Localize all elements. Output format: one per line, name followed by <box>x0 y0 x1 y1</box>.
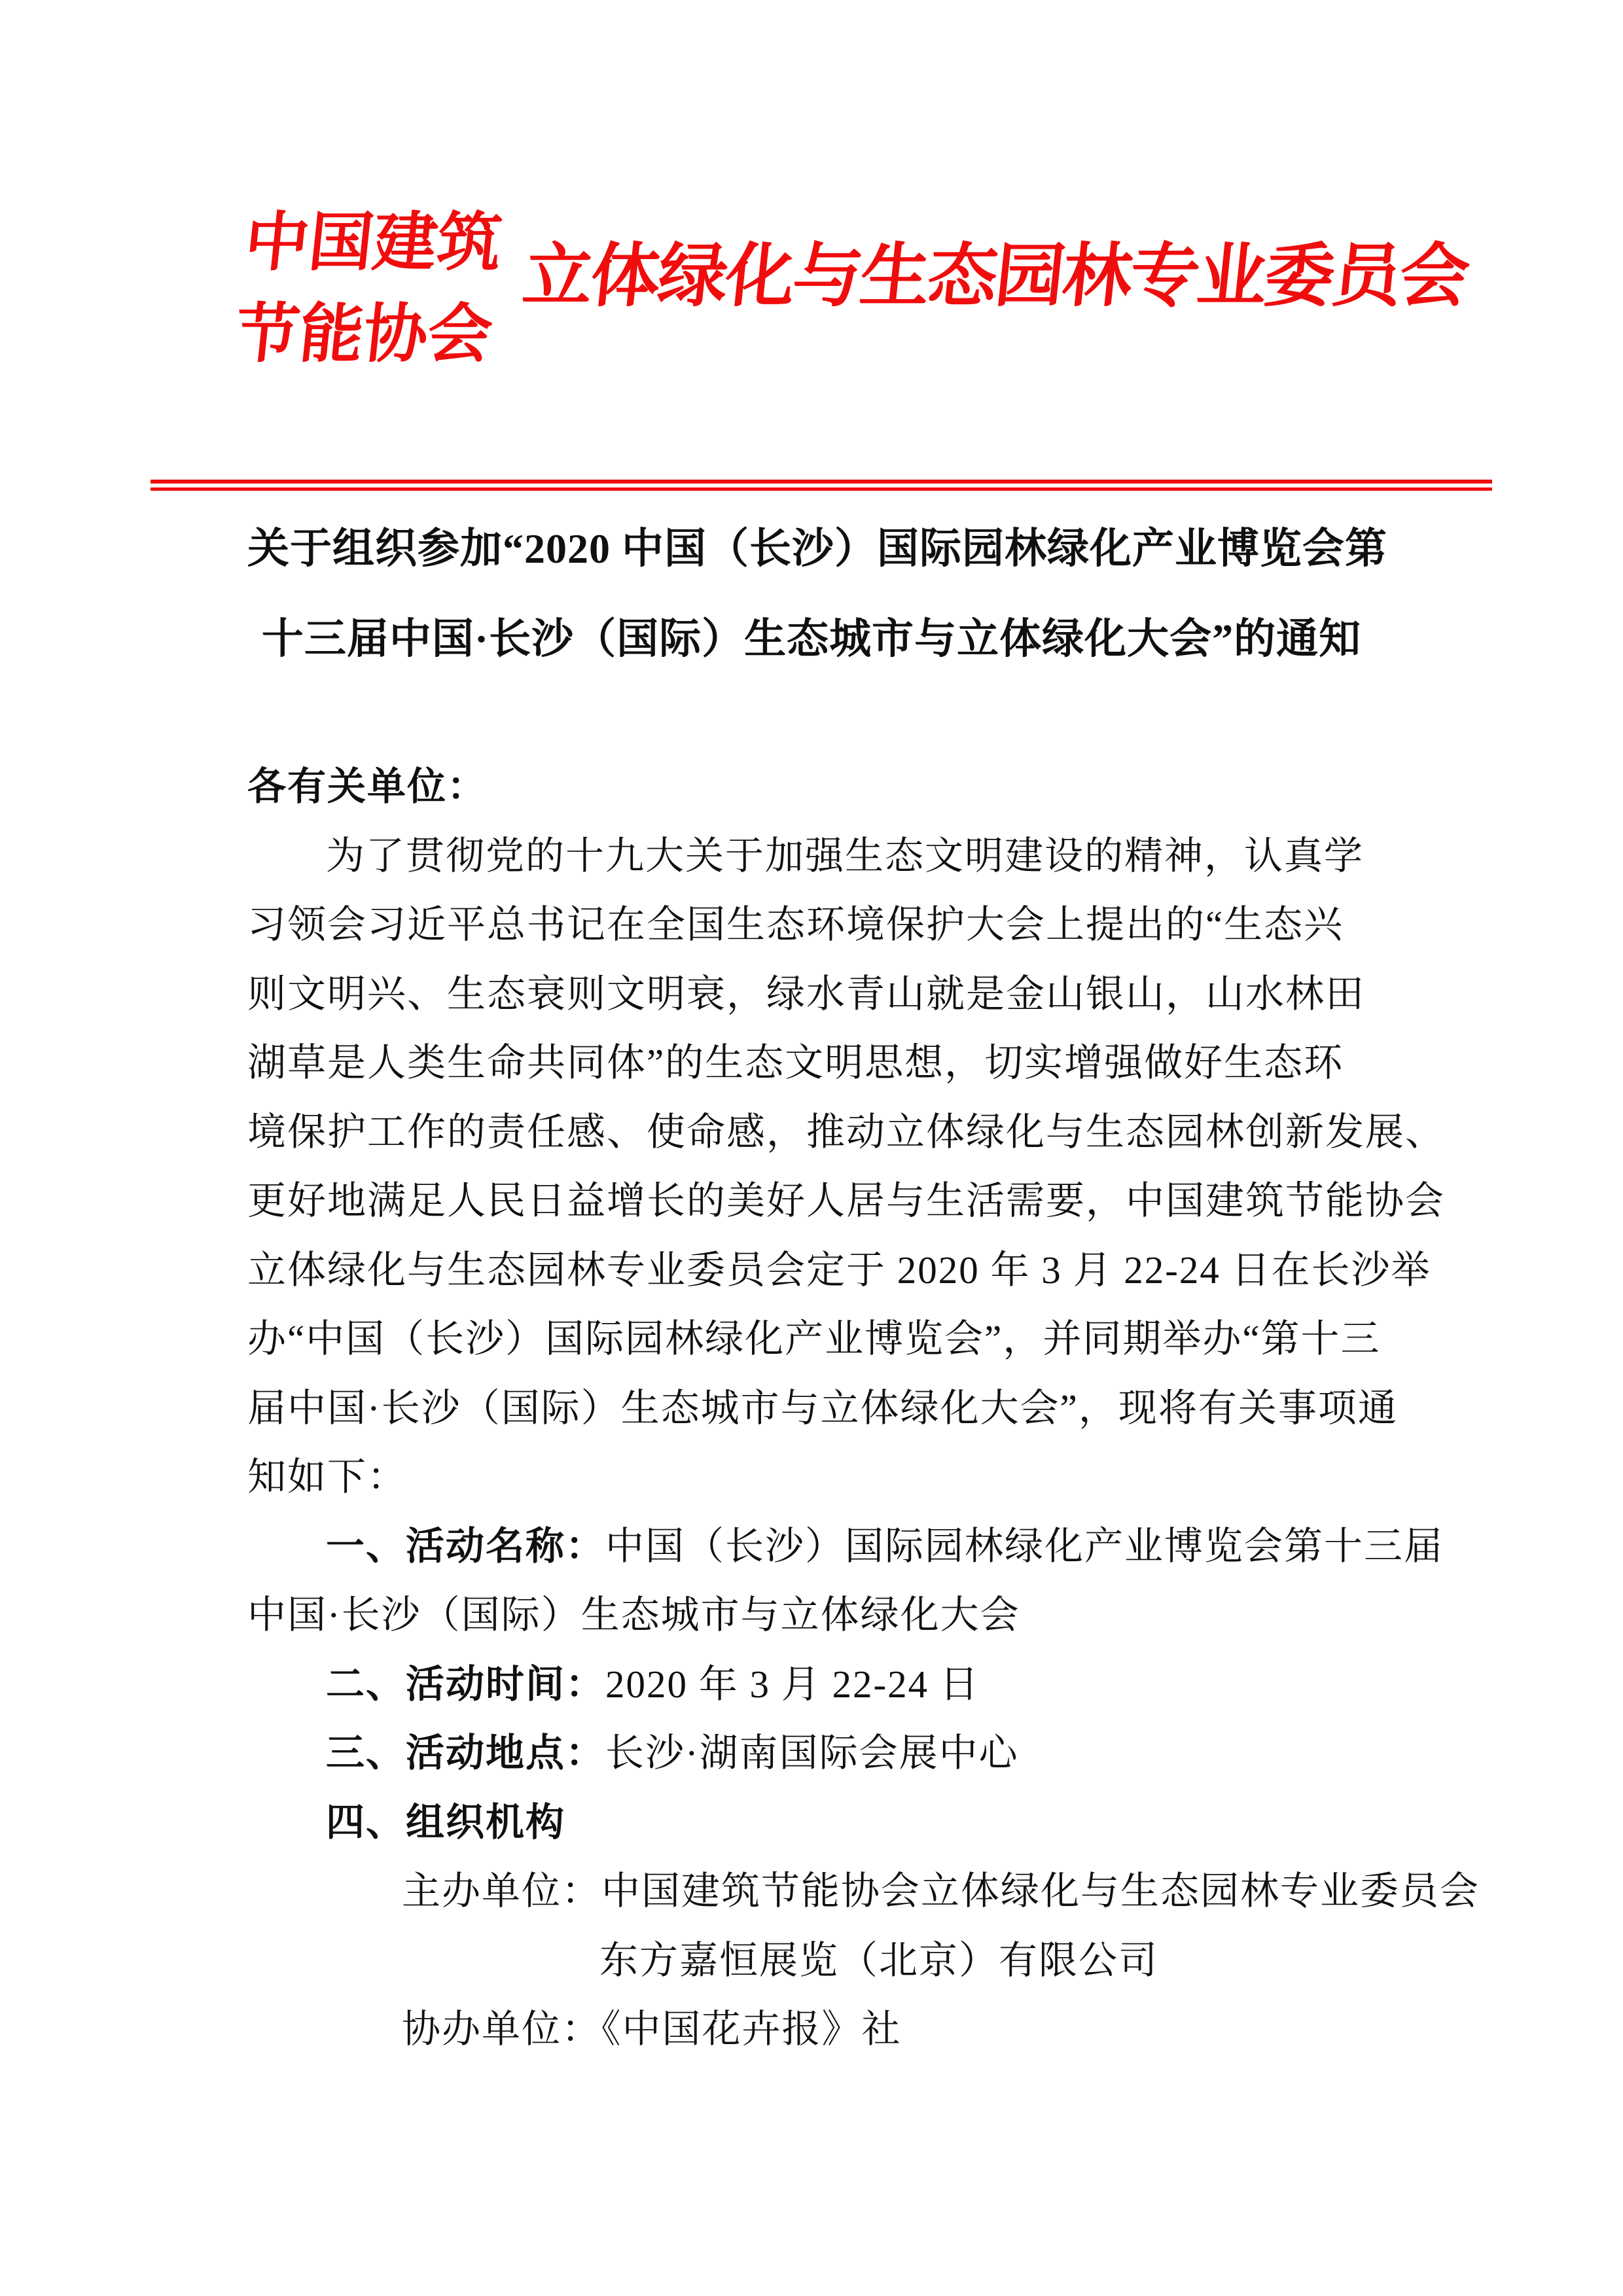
body-line-text: 协办单位：《中国花卉报》社 <box>402 2007 902 2051</box>
body-line: 协办单位：《中国花卉报》社 <box>247 1995 1380 2064</box>
notice-title-line1: 关于组织参加“2020 中国（长沙）国际园林绿化产业博览会第 <box>247 504 1376 594</box>
body-line-text: 知如下： <box>247 1455 407 1498</box>
committee-name-heading: 立体绿化与生态园林专业委员会 <box>520 237 1472 315</box>
body-line: 习领会习近平总书记在全国生态环境保护大会上提出的“生态兴 <box>247 891 1380 960</box>
body-line-label: 一、活动名称： <box>326 1525 605 1568</box>
body-line: 二、活动时间：2020 年 3 月 22-24 日 <box>247 1650 1380 1720</box>
body-line: 为了贯彻党的十九大关于加强生态文明建设的精神，认真学 <box>247 822 1380 891</box>
body-lines: 各有关单位：为了贯彻党的十九大关于加强生态文明建设的精神，认真学习领会习近平总书… <box>247 752 1380 2064</box>
notice-document-page: 中国建筑 节能协会 立体绿化与生态园林专业委员会 关于组织参加“2020 中国（… <box>0 0 1623 2296</box>
body-line-label: 三、活动地点： <box>326 1731 605 1775</box>
body-line: 更好地满足人民日益增长的美好人居与生活需要，中国建筑节能协会 <box>247 1167 1380 1236</box>
notice-title: 关于组织参加“2020 中国（长沙）国际园林绿化产业博览会第 十三届中国·长沙（… <box>247 504 1376 684</box>
body-line: 东方嘉恒展览（北京）有限公司 <box>247 1926 1380 1996</box>
body-line-text: 届中国·长沙（国际）生态城市与立体绿化大会”，现将有关事项通 <box>247 1386 1398 1430</box>
association-name-line1: 中国建筑 <box>240 196 507 288</box>
body-line: 中国·长沙（国际）生态城市与立体绿化大会 <box>247 1581 1380 1650</box>
body-line-text: 更好地满足人民日益增长的美好人居与生活需要，中国建筑节能协会 <box>247 1179 1445 1222</box>
body-line-text: 东方嘉恒展览（北京）有限公司 <box>599 1939 1158 1982</box>
body-line-text: 各有关单位： <box>247 765 487 808</box>
body-line: 四、组织机构 <box>247 1788 1380 1858</box>
body-line-text: 2020 年 3 月 22-24 日 <box>605 1663 980 1706</box>
body-line-text: 习领会习近平总书记在全国生态环境保护大会上提出的“生态兴 <box>247 903 1344 946</box>
association-name-line2: 节能协会 <box>230 288 497 380</box>
body-line-text: 中国（长沙）国际园林绿化产业博览会第十三届 <box>605 1525 1444 1568</box>
divider-bottom-line <box>151 487 1492 491</box>
body-line-text: 湖草是人类生命共同体”的生态文明思想，切实增强做好生态环 <box>247 1041 1344 1084</box>
body-line-text: 境保护工作的责任感、使命感，推动立体绿化与生态园林创新发展、 <box>247 1110 1445 1154</box>
body-line-text: 长沙·湖南国际会展中心 <box>605 1731 1019 1775</box>
body-line: 则文明兴、生态衰则文明衰，绿水青山就是金山银山，山水林田 <box>247 960 1380 1029</box>
body-line-text: 为了贯彻党的十九大关于加强生态文明建设的精神，认真学 <box>326 834 1364 877</box>
letterhead-divider <box>151 480 1492 491</box>
body-line: 届中国·长沙（国际）生态城市与立体绿化大会”，现将有关事项通 <box>247 1374 1380 1443</box>
body-line: 湖草是人类生命共同体”的生态文明思想，切实增强做好生态环 <box>247 1029 1380 1098</box>
body-line: 办“中国（长沙）国际园林绿化产业博览会”，并同期举办“第十三 <box>247 1305 1380 1374</box>
body-line-label: 四、组织机构 <box>326 1801 565 1844</box>
body-line: 境保护工作的责任感、使命感，推动立体绿化与生态园林创新发展、 <box>247 1098 1380 1167</box>
body-line-label: 二、活动时间： <box>326 1663 605 1706</box>
body-line-text: 主办单位：中国建筑节能协会立体绿化与生态园林专业委员会 <box>402 1869 1480 1913</box>
body-line-text: 则文明兴、生态衰则文明衰，绿水青山就是金山银山，山水林田 <box>247 972 1365 1016</box>
body-line-text: 办“中国（长沙）国际园林绿化产业博览会”，并同期举办“第十三 <box>247 1317 1381 1360</box>
notice-title-line2: 十三届中国·长沙（国际）生态城市与立体绿化大会”的通知 <box>247 594 1376 684</box>
body-line: 主办单位：中国建筑节能协会立体绿化与生态园林专业委员会 <box>247 1857 1380 1926</box>
body-line-text: 立体绿化与生态园林专业委员会定于 2020 年 3 月 22-24 日在长沙举 <box>247 1248 1431 1292</box>
body-line: 一、活动名称：中国（长沙）国际园林绿化产业博览会第十三届 <box>247 1512 1380 1581</box>
body-line: 各有关单位： <box>247 752 1380 822</box>
body-line: 三、活动地点：长沙·湖南国际会展中心 <box>247 1719 1380 1788</box>
association-logo-text: 中国建筑 节能协会 <box>230 196 506 380</box>
body-line-text: 中国·长沙（国际）生态城市与立体绿化大会 <box>247 1593 1020 1636</box>
body-line: 知如下： <box>247 1443 1380 1512</box>
body-line: 立体绿化与生态园林专业委员会定于 2020 年 3 月 22-24 日在长沙举 <box>247 1236 1380 1305</box>
